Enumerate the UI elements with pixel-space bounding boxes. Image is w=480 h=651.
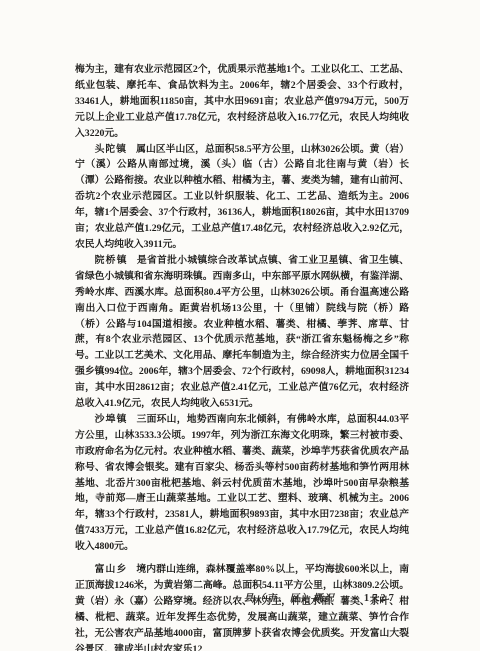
footer-section-title: 县（市、区）概况 bbox=[244, 590, 336, 604]
town-heading: 头陀镇 bbox=[95, 144, 128, 155]
paragraph-continuation: 梅为主，建有农业示范园区2个，优质果示范基地1个。工业以化工、工艺品、纸业包装、… bbox=[75, 62, 409, 142]
footer-page-number: · 1727 · bbox=[352, 593, 409, 604]
town-heading: 富山乡 bbox=[95, 564, 128, 575]
town-heading: 沙埠镇 bbox=[95, 414, 128, 425]
paragraph-fushan-township: 富山乡境内群山连绵，森林覆盖率80%以上，平均海拔600米以上，南正顶海拔124… bbox=[75, 562, 409, 651]
text-column: 梅为主，建有农业示范园区2个，优质果示范基地1个。工业以化工、工艺品、纸业包装、… bbox=[75, 62, 409, 651]
paragraph-shabu-town: 沙埠镇三面环山，地势西南向东北倾斜，有佛岭水库，总面积44.03平方公里，山林3… bbox=[75, 412, 409, 555]
paragraph-text: 境内群山连绵，森林覆盖率80%以上，平均海拔600米以上，南正顶海拔1246米，… bbox=[75, 564, 409, 651]
document-page: 梅为主，建有农业示范园区2个，优质果示范基地1个。工业以化工、工艺品、纸业包装、… bbox=[0, 0, 480, 651]
paragraph-text: 三面环山，地势西南向东北倾斜，有佛岭水库，总面积44.03平方公里，山林3533… bbox=[75, 414, 409, 552]
paragraph-text: 是省首批小城镇综合改革试点镇、省工业卫星镇、省卫生镇、省绿色小城镇和省东海明珠镇… bbox=[75, 255, 409, 409]
page-footer: 县（市、区）概况 · 1727 · bbox=[75, 590, 409, 604]
paragraph-yuanqiao-town: 院桥镇是省首批小城镇综合改革试点镇、省工业卫星镇、省卫生镇、省绿色小城镇和省东海… bbox=[75, 253, 409, 412]
town-heading: 院桥镇 bbox=[95, 255, 128, 266]
paragraph-text: 属山区半山区，总面积58.5平方公里，山林3026公顷。黄（岩）宁（溪）公路从南… bbox=[75, 144, 409, 250]
paragraph-text: 梅为主，建有农业示范园区2个，优质果示范基地1个。工业以化工、工艺品、纸业包装、… bbox=[75, 64, 409, 139]
paragraph-toutuo-town: 头陀镇属山区半山区，总面积58.5平方公里，山林3026公顷。黄（岩）宁（溪）公… bbox=[75, 142, 409, 253]
